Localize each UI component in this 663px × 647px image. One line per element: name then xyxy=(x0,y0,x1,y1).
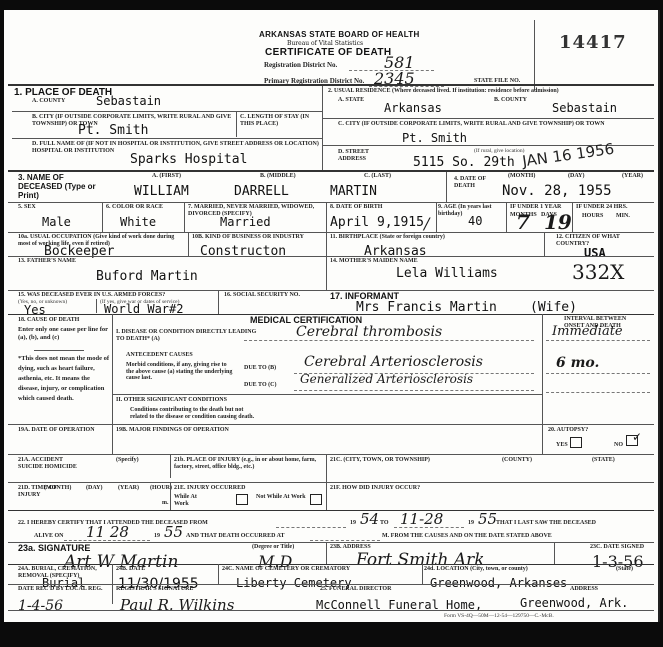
date-received-label: DATE REC'D BY LOCAL REG. xyxy=(18,586,110,593)
part2-desc: Conditions contributing to the death but… xyxy=(130,407,260,420)
injury-occurred-label: 21e. INJURY OCCURRED xyxy=(174,485,245,492)
color: White xyxy=(120,215,156,229)
month-label: (Month) xyxy=(508,173,535,180)
antecedent-desc: Morbid conditions, if any, giving rise t… xyxy=(126,362,236,382)
due-to-c-label: DUE TO (c) xyxy=(244,382,276,389)
first-name: WILLIAM xyxy=(134,184,189,199)
date-of-death-label: 4. DATE OF DEATH xyxy=(454,176,494,189)
cemetery-label: 24c. NAME OF CEMETERY OR CREMATORY xyxy=(222,566,350,573)
death-county-label: a. COUNTY xyxy=(32,98,65,105)
certify-line1-suffix: THAT I LAST SAW THE DECEASED xyxy=(496,520,596,527)
street-address: 5115 So. 29th xyxy=(413,155,515,170)
death-certificate: ARKANSAS STATE BOARD OF HEALTH Bureau of… xyxy=(4,10,660,622)
injury-county-label: (COUNTY) xyxy=(502,457,532,464)
street-label: d. STREET ADDRESS xyxy=(338,149,388,162)
to-label: TO xyxy=(380,520,389,527)
alive-on-date: 11 28 xyxy=(86,523,129,541)
registrar-label: REGISTRAR'S SIGNATURE xyxy=(116,586,193,593)
injury-state-label: (STATE) xyxy=(592,457,615,464)
autopsy-no-label: NO xyxy=(614,442,623,449)
last-name-label: c. (Last) xyxy=(364,173,391,180)
interval-b: 6 mo. xyxy=(556,355,599,371)
attended-from-year: 54 xyxy=(360,510,379,528)
cause-footnote: *This does not mean the mode of dying, s… xyxy=(18,354,112,404)
date-signed-label: 23c. DATE SIGNED xyxy=(590,544,644,551)
board-heading: ARKANSAS STATE BOARD OF HEALTH xyxy=(259,30,420,39)
marital-status: Married xyxy=(220,215,271,229)
street-hint: (If rural, give location) xyxy=(474,148,524,154)
how-injury-label: 21f. HOW DID INJURY OCCUR? xyxy=(330,485,420,492)
last-name: MARTIN xyxy=(330,184,377,199)
alive-on-year: 55 xyxy=(164,523,183,541)
death-county: Sebastain xyxy=(96,94,161,108)
operation-date-label: 19a. DATE OF OPERATION xyxy=(18,427,108,434)
interval-a: Immediate xyxy=(552,324,623,339)
injury-m-label: m. xyxy=(162,500,169,507)
burial-state-label: (State) xyxy=(616,566,633,573)
attended-to-date: 11-28 xyxy=(400,510,443,528)
certificate-title: CERTIFICATE OF DEATH xyxy=(265,47,392,58)
autopsy-no-checkmark: ✓ xyxy=(632,430,642,444)
due-to-b-label: DUE TO (b) xyxy=(244,365,276,372)
armed-forces-label: 15. WAS DECEASED EVER IN U.S. ARMED FORC… xyxy=(18,292,218,299)
death-occurred-label: AND THAT DEATH OCCURRED AT xyxy=(186,533,284,540)
residence-label: 2. USUAL RESIDENCE (Where deceased lived… xyxy=(328,88,654,95)
residence-state-label: a. STATE xyxy=(338,97,364,104)
cause-b: Cerebral Arteriosclerosis xyxy=(304,354,483,370)
alive-year-prefix: 19 xyxy=(154,533,160,540)
registrar-signature: Paul R. Wilkins xyxy=(120,596,234,614)
reg-district-label: Registration District No. xyxy=(264,62,337,69)
from-year-prefix: 19 xyxy=(350,520,356,527)
min-label: Min. xyxy=(616,213,630,220)
death-city: Pt. Smith xyxy=(78,123,148,138)
day-label: (Day) xyxy=(568,173,584,180)
certificate-number: 14417 xyxy=(559,32,627,53)
citizen: USA xyxy=(584,246,606,260)
residence-county: Sebastain xyxy=(552,101,617,115)
alive-on-label: ALIVE ON xyxy=(34,533,64,540)
specify-label: (Specify) xyxy=(116,457,139,464)
middle-name: DARRELL xyxy=(234,184,289,199)
place-of-injury-label: 21b. PLACE OF INJURY (e.g., in or about … xyxy=(174,457,324,470)
injury-month-label: (Month) xyxy=(44,485,71,492)
accident-label: 21a. ACCIDENT SUICIDE HOMICIDE xyxy=(18,457,78,470)
deceased-name-label: 3. NAME OF DECEASED (Type or Print) xyxy=(18,173,98,200)
mother-label: 14. MOTHER'S MAIDEN NAME xyxy=(330,258,418,265)
date-of-birth: April 9,1915 xyxy=(330,215,424,230)
injury-year-label: (Year) xyxy=(118,485,139,492)
hospital-name: Sparks Hospital xyxy=(130,152,247,167)
length-of-stay-label: c. LENGTH OF STAY (in this place) xyxy=(240,114,320,127)
middle-name-label: b. (Middle) xyxy=(260,173,296,180)
form-number: Form VS-4Q—50M—12-54—129750—C.-McB. xyxy=(444,613,554,619)
residence-city-label: c. CITY (If outside corporate limits, wr… xyxy=(338,121,618,128)
cause-a: Cerebral thrombosis xyxy=(296,324,442,340)
residence-city: Pt. Smith xyxy=(402,131,467,145)
mother-name: Lela Williams xyxy=(396,266,498,281)
father-name: Buford Martin xyxy=(96,269,198,284)
cause-of-death-label: 18. CAUSE OF DEATH xyxy=(18,317,79,324)
sex: Male xyxy=(42,215,71,229)
under-24-hrs-label: If Under 24 Hrs. xyxy=(576,204,627,211)
cause-instructions: Enter only one cause per line for (a), (… xyxy=(18,326,112,342)
certify-line2-suffix: M. FROM THE CAUSES AND ON THE DATE STATE… xyxy=(382,533,552,540)
age: 40 xyxy=(468,214,482,228)
dob-label: 8. DATE OF BIRTH xyxy=(330,204,382,211)
months: 7 xyxy=(516,210,530,234)
cause-c: Generalized Arteriosclerosis xyxy=(300,372,473,386)
attended-to-year: 55 xyxy=(478,510,497,528)
burial-location: Greenwood, Arkanses xyxy=(430,576,567,590)
informant-relation: (Wife) xyxy=(530,300,577,315)
part2-label: II. OTHER SIGNIFICANT CONDITIONS xyxy=(116,397,227,404)
days: 19 xyxy=(544,210,572,234)
autopsy-yes-label: YES xyxy=(556,442,568,449)
autopsy-label: 20. AUTOPSY? xyxy=(548,427,588,434)
first-name-label: a. (First) xyxy=(152,173,181,180)
antecedent-label: ANTECEDENT CAUSES xyxy=(126,352,193,359)
injury-hour-label: (Hour) xyxy=(150,485,172,492)
degree-label: (Degree or Title) xyxy=(252,544,294,551)
director-address-label: ADDRESS xyxy=(570,586,598,593)
business-label: 10b. KIND OF BUSINESS OR INDUSTRY xyxy=(192,234,322,241)
color-label: 6. COLOR OR RACE xyxy=(106,204,163,211)
funeral-director-label: 25. FUNERAL DIRECTOR xyxy=(320,586,391,593)
operation-findings-label: 19b. MAJOR FINDINGS OF OPERATION xyxy=(116,427,229,434)
not-while-at-work-label: Not While At Work xyxy=(256,494,306,501)
date-of-death: Nov. 28, 1955 xyxy=(502,183,612,199)
informant-name: Mrs Francis Martin xyxy=(356,300,497,315)
margin-note: 332X xyxy=(572,260,624,284)
not-while-at-work-checkbox[interactable] xyxy=(310,494,322,505)
year-label: (Year) xyxy=(622,173,643,180)
sex-label: 5. SEX xyxy=(18,204,36,211)
father-label: 13. FATHER'S NAME xyxy=(18,258,76,265)
to-year-prefix: 19 xyxy=(468,520,474,527)
injury-day-label: (Day) xyxy=(86,485,102,492)
burial-location-label: 24d. LOCATION (City, town, or county) xyxy=(424,566,528,573)
injury-city-label: 21c. (CITY, TOWN, OR TOWNSHIP) xyxy=(330,457,430,464)
hours-label: Hours xyxy=(582,213,603,220)
ssn-label: 16. SOCIAL SECURITY NO. xyxy=(224,292,300,299)
funeral-director-address: Greenwood, Ark. xyxy=(520,596,628,610)
date-received: 1-4-56 xyxy=(18,598,63,614)
while-at-work-label: While At Work xyxy=(174,494,210,507)
while-at-work-checkbox[interactable] xyxy=(236,494,248,505)
autopsy-yes-checkbox[interactable] xyxy=(570,437,582,448)
residence-county-label: b. COUNTY xyxy=(494,97,527,104)
birthplace-label: 11. BIRTHPLACE (State or foreign country… xyxy=(330,234,445,241)
bureau-heading: Bureau of Vital Statistics xyxy=(287,40,363,47)
burial-date-label: 24b. DATE xyxy=(116,566,145,573)
residence-state: Arkansas xyxy=(384,101,442,115)
